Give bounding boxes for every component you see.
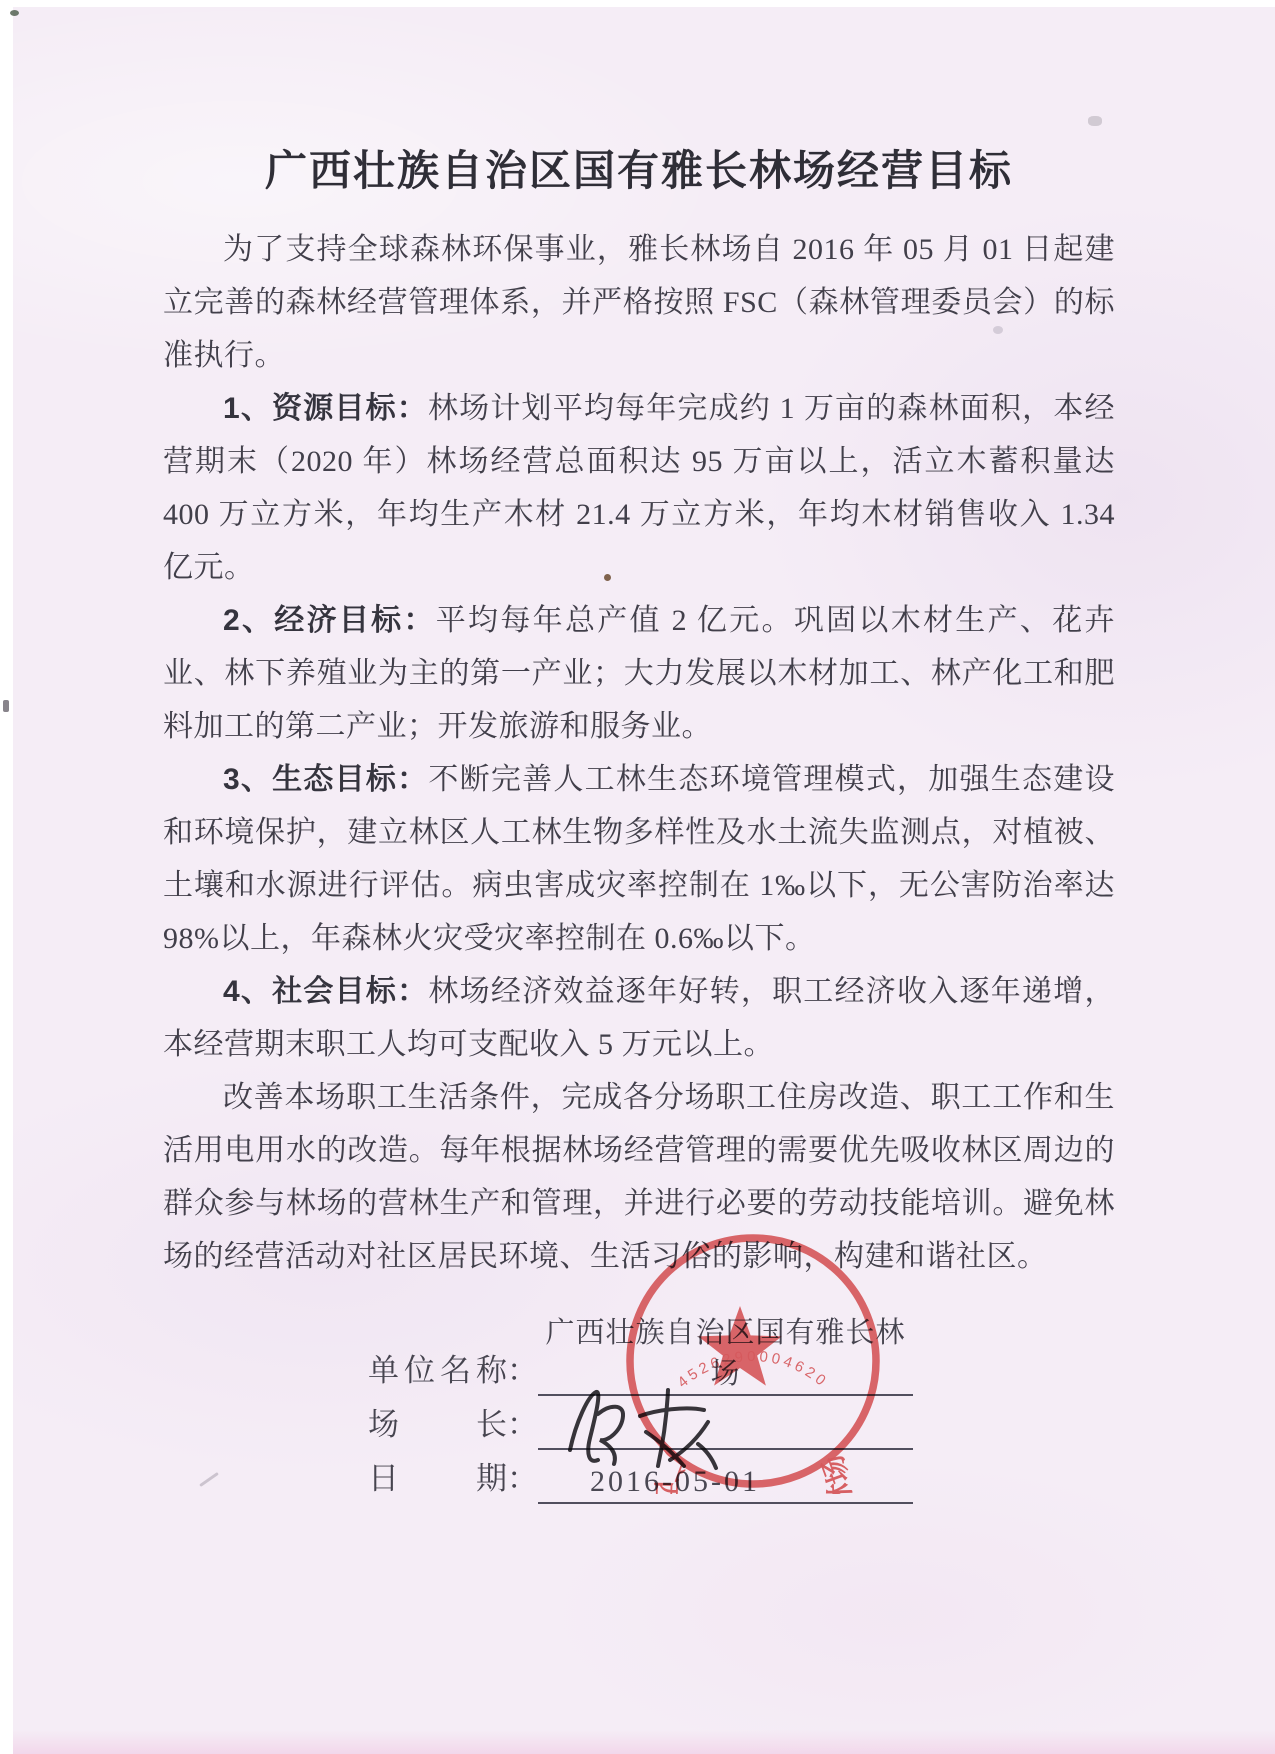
label-char: 长： <box>476 1399 538 1444</box>
label-char: 日 <box>368 1453 399 1498</box>
paragraph-lead: 1、资源目标： <box>223 392 428 425</box>
scan-speck <box>1088 116 1102 126</box>
scan-speck <box>3 700 9 712</box>
paragraph-text: 为了支持全球森林环保事业，雅长林场自 2016 年 05 月 01 日起建立完善… <box>163 233 1115 372</box>
director-label: 场长： <box>368 1399 538 1450</box>
label-char: 期： <box>476 1453 538 1498</box>
economic-goal-paragraph: 2、经济目标：平均每年总产值 2 亿元。巩固以木材生产、花卉业、林下养殖业为主的… <box>163 594 1115 753</box>
label-char: 名 <box>440 1345 471 1390</box>
social-goal-paragraph: 4、社会目标：林场经济效益逐年好转，职工经济收入逐年递增，本经营期末职工人均可支… <box>163 965 1115 1071</box>
label-char: 单 <box>368 1345 399 1390</box>
resource-goal-paragraph: 1、资源目标：林场计划平均每年完成约 1 万亩的森林面积，本经营期末（2020 … <box>163 382 1115 594</box>
intro-paragraph: 为了支持全球森林环保事业，雅长林场自 2016 年 05 月 01 日起建立完善… <box>163 223 1115 382</box>
scan-speck <box>604 574 611 581</box>
unit-name-label: 单位名称： <box>368 1345 538 1396</box>
label-char: 场 <box>368 1399 399 1444</box>
paragraph-lead: 2、经济目标： <box>223 604 436 637</box>
document-body: 广西壮族自治区国有雅长林场经营目标 为了支持全球森林环保事业，雅长林场自 201… <box>163 145 1115 1283</box>
paragraph-lead: 3、生态目标： <box>223 763 428 796</box>
paragraph-lead: 4、社会目标： <box>223 975 428 1008</box>
scanned-document-page: 广西壮族自治区国有雅长林场经营目标 为了支持全球森林环保事业，雅长林场自 201… <box>0 0 1275 1754</box>
date-label: 日期： <box>368 1453 538 1504</box>
official-seal: 广西壮族自治区国有雅长林场 4526290004620 <box>620 1228 886 1494</box>
label-char: 位 <box>404 1345 435 1390</box>
scan-speck <box>993 326 1003 334</box>
document-title: 广西壮族自治区国有雅长林场经营目标 <box>163 145 1115 197</box>
scan-speck <box>10 10 19 16</box>
label-char: 称： <box>476 1345 538 1390</box>
ecology-goal-paragraph: 3、生态目标：不断完善人工林生态环境管理模式，加强生态建设和环境保护，建立林区人… <box>163 753 1115 965</box>
